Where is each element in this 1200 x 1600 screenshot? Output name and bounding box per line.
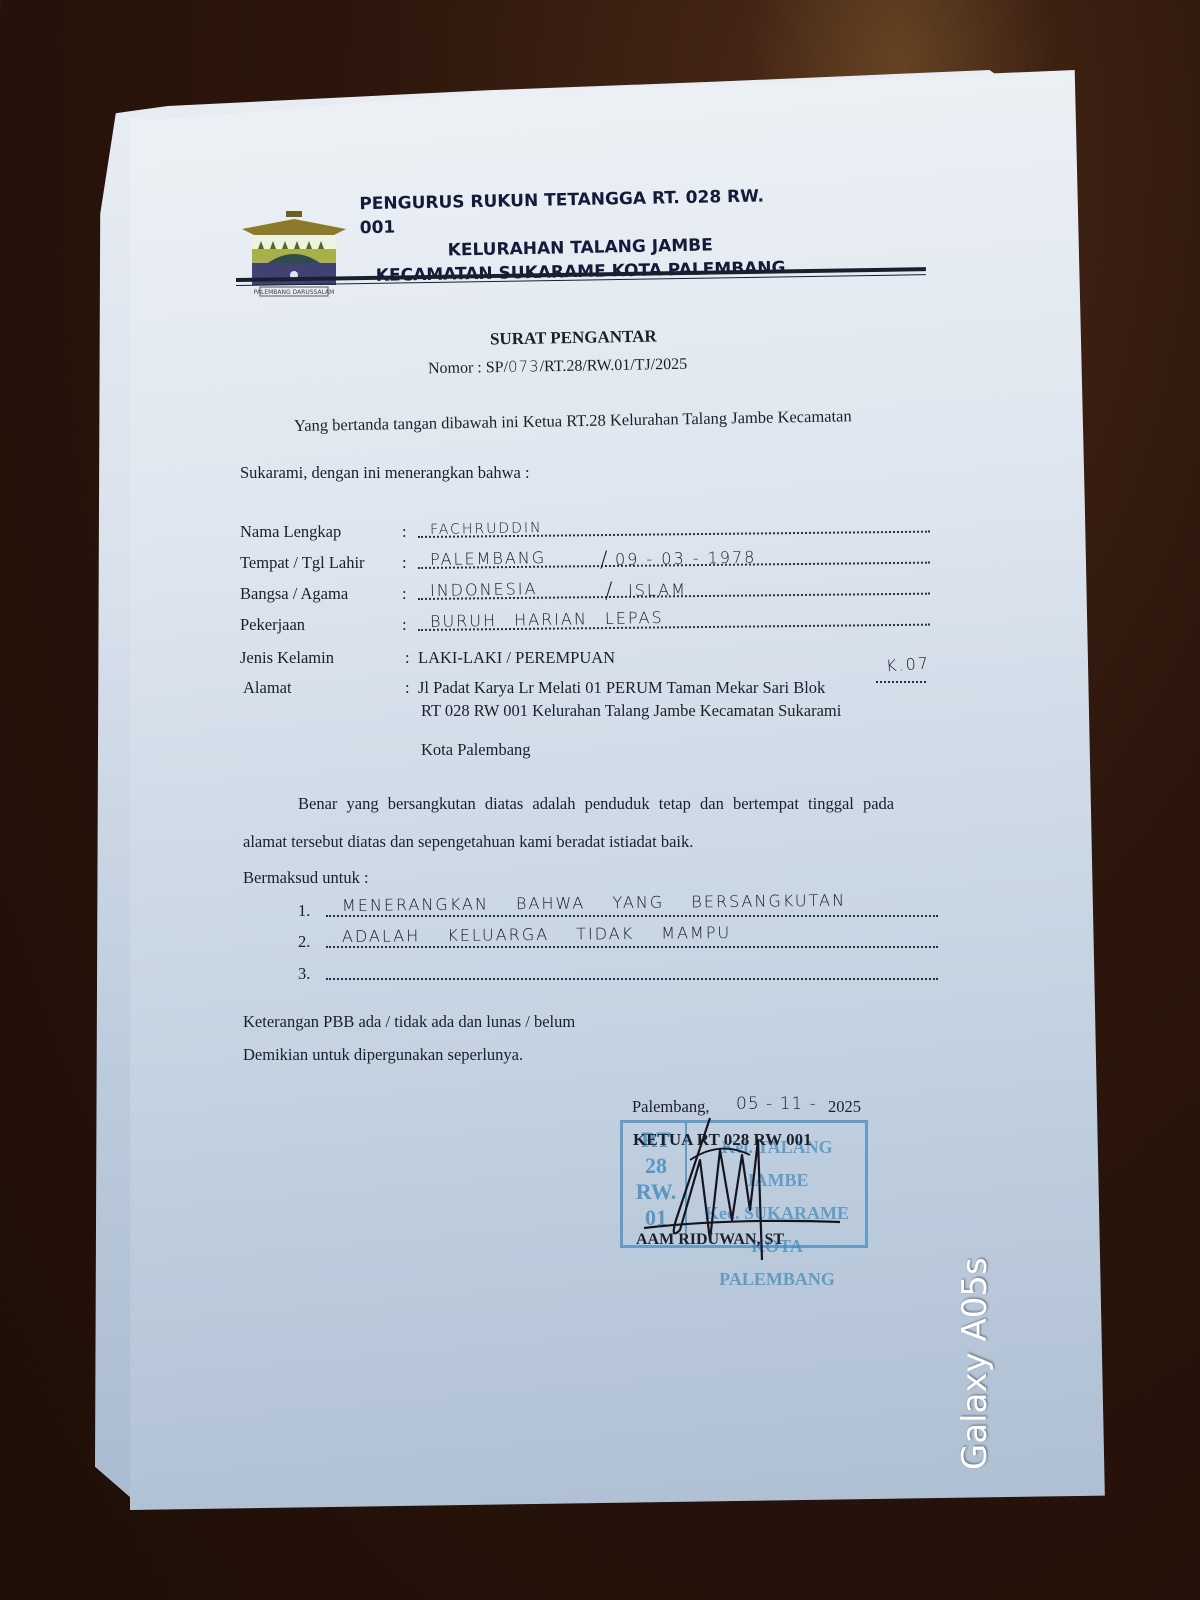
address-line-2: RT 028 RW 001 Kelurahan Talang Jambe Kec…: [421, 701, 841, 721]
field-nama-lengkap: Nama Lengkap : FACHRUDDIN: [240, 516, 930, 544]
document-content: PALEMBANG DARUSSALAM PENGURUS RUKUN TETA…: [0, 0, 1200, 1600]
field-value: LAKI-LAKI / PEREMPUAN: [418, 648, 615, 668]
field-pekerjaan: Pekerjaan : BURUH HARIAN LEPAS: [240, 609, 930, 637]
closing-statement: Demikian untuk dipergunakan seperlunya.: [243, 1045, 523, 1065]
signatory-name: AAM RIDUWAN, ST: [636, 1231, 784, 1249]
palembang-city-emblem-icon: PALEMBANG DARUSSALAM: [238, 205, 350, 300]
statement-line-1: Benar yang bersangkutan diatas adalah pe…: [298, 794, 894, 814]
statement-line-2: alamat tersebut diatas dan sepengetahuan…: [243, 832, 693, 852]
field-value-nationality: INDONESIA: [430, 579, 538, 600]
purpose-value: ADALAH KELUARGA TIDAK MAMPU: [342, 923, 731, 946]
address-blok-handwritten: K.07: [885, 653, 930, 675]
field-label: Bangsa / Agama: [240, 584, 348, 604]
field-tempat-tgl-lahir: Tempat / Tgl Lahir : PALEMBANG / 09 - 03…: [240, 547, 930, 575]
field-colon: :: [402, 615, 407, 635]
purpose-dotted-line: [326, 915, 938, 917]
field-label: Tempat / Tgl Lahir: [240, 553, 365, 573]
purpose-number: 2.: [298, 932, 310, 952]
field-colon: :: [402, 553, 407, 573]
svg-text:PALEMBANG DARUSSALAM: PALEMBANG DARUSSALAM: [254, 289, 335, 296]
purpose-item: 2. ADALAH KELUARGA TIDAK MAMPU: [298, 924, 938, 952]
field-colon: :: [405, 648, 410, 668]
field-jenis-kelamin: Jenis Kelamin : LAKI-LAKI / PEREMPUAN: [240, 642, 930, 670]
purpose-value: MENERANGKAN BAHWA YANG BERSANGKUTAN: [342, 891, 846, 915]
field-colon: :: [402, 522, 407, 542]
blok-dotted-line: [876, 681, 926, 683]
purpose-item: 1. MENERANGKAN BAHWA YANG BERSANGKUTAN: [298, 893, 938, 921]
letterhead-line-1: PENGURUS RUKUN TETANGGA RT. 028 RW. 001: [359, 184, 800, 240]
field-value-place: PALEMBANG: [430, 548, 547, 569]
purpose-dotted-line: [326, 978, 938, 980]
document-number-handwritten: 073: [508, 357, 540, 376]
camera-watermark: Galaxy A05s: [955, 1257, 995, 1470]
intro-line-2: Sukarami, dengan ini menerangkan bahwa :: [240, 463, 530, 483]
field-alamat: Alamat : Jl Padat Karya Lr Melati 01 PER…: [240, 672, 930, 700]
field-value-religion: ISLAM: [628, 580, 687, 600]
field-colon: :: [405, 678, 410, 698]
field-value-date: 09 - 03 - 1978: [615, 548, 757, 569]
document-number-suffix: /RT.28/RW.01/TJ/2025: [540, 356, 688, 376]
pbb-note: Keterangan PBB ada / tidak ada dan lunas…: [243, 1012, 575, 1032]
document-number-label: Nomor : SP/: [428, 359, 508, 377]
field-value: BURUH HARIAN LEPAS: [430, 608, 664, 631]
handwritten-slash: /: [600, 548, 607, 573]
purpose-label: Bermaksud untuk :: [243, 868, 369, 888]
field-label: Nama Lengkap: [240, 522, 341, 542]
purpose-dotted-line: [326, 946, 938, 948]
document-title: SURAT PENGANTAR: [490, 327, 657, 350]
document-number: Nomor : SP/073/RT.28/RW.01/TJ/2025: [428, 355, 687, 379]
purpose-number: 3.: [298, 964, 310, 984]
intro-line-1: Yang bertanda tangan dibawah ini Ketua R…: [294, 406, 852, 436]
field-value: FACHRUDDIN: [430, 520, 543, 538]
field-bangsa-agama: Bangsa / Agama : INDONESIA / ISLAM: [240, 578, 930, 606]
purpose-number: 1.: [298, 901, 310, 921]
purpose-item: 3.: [298, 956, 938, 984]
field-colon: :: [402, 584, 407, 604]
field-label: Jenis Kelamin: [240, 648, 334, 668]
field-label: Pekerjaan: [240, 615, 305, 635]
field-label: Alamat: [243, 678, 292, 698]
handwritten-slash: /: [605, 579, 612, 604]
field-value: Jl Padat Karya Lr Melati 01 PERUM Taman …: [418, 678, 825, 698]
address-line-3: Kota Palembang: [421, 740, 531, 760]
